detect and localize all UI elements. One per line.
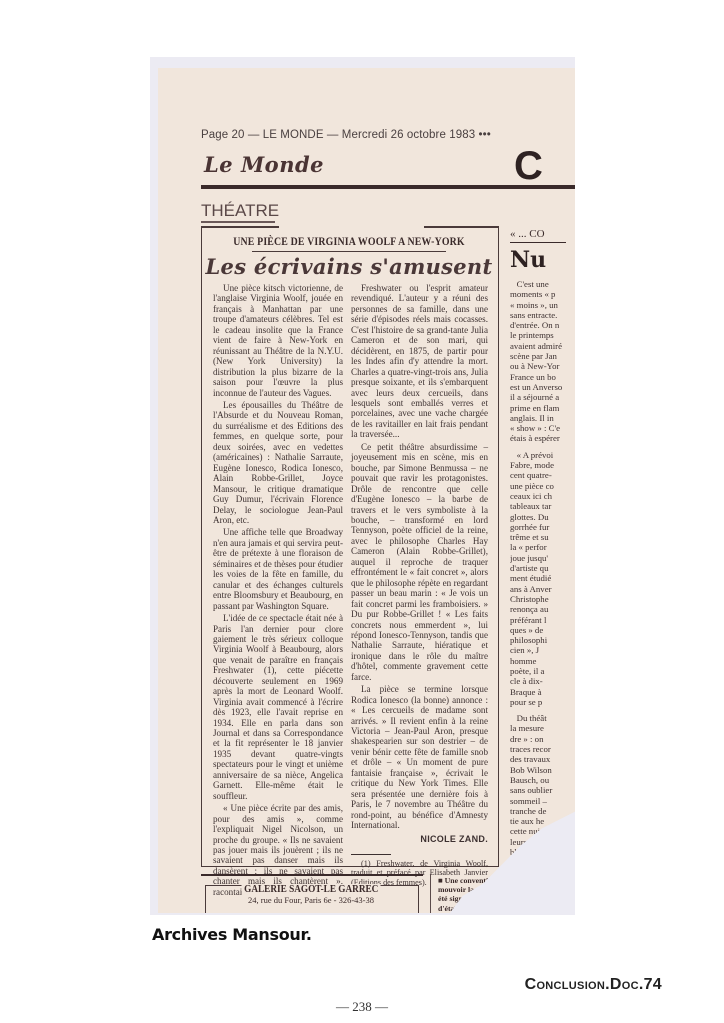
advertisement-address: 24, rue du Four, Paris 6e - 326-43-38 bbox=[205, 895, 417, 905]
paragraph: L'idée de ce spectacle était née à Paris… bbox=[213, 613, 343, 801]
figure-caption: Archives Mansour. bbox=[152, 925, 312, 944]
adjacent-masthead-fragment: C bbox=[514, 146, 543, 186]
footnote-rule bbox=[351, 854, 391, 855]
section-underline bbox=[201, 221, 275, 223]
paragraph: Freshwater ou l'esprit amateur revendiqu… bbox=[351, 283, 488, 440]
advertisement-title: GALERIE SAGOT-LE GARREC bbox=[241, 884, 380, 895]
article-headline: Les écrivains s'amusent bbox=[201, 254, 497, 279]
adjacent-kicker: « ... CO bbox=[510, 228, 566, 243]
document-reference: Conclusion.Doc.74 bbox=[525, 976, 662, 994]
paragraph: La pièce se termine lorsque Rodica Iones… bbox=[351, 684, 488, 830]
article-column-2: Freshwater ou l'esprit amateur revendiqu… bbox=[351, 283, 488, 889]
kicker-underline bbox=[252, 251, 446, 252]
masthead-logo: Le Monde bbox=[204, 152, 324, 177]
paragraph: Une affiche telle que Broadway n'en aura… bbox=[213, 527, 343, 611]
adjacent-headline: Nu bbox=[510, 247, 576, 273]
author-signature: NICOLE ZAND. bbox=[351, 834, 488, 844]
frame-top-right bbox=[424, 226, 499, 228]
section-title: THÉATRE bbox=[201, 201, 279, 221]
paragraph: Une pièce kitsch victorienne, de l'angla… bbox=[213, 283, 343, 398]
page-number: — 238 — bbox=[0, 999, 724, 1015]
bottom-rule bbox=[201, 874, 423, 876]
frame-top-left bbox=[201, 226, 279, 228]
newspaper-clipping: Page 20 — LE MONDE — Mercredi 26 octobre… bbox=[158, 68, 575, 913]
adjacent-paragraph: C'est unemoments « p« moins », unsans en… bbox=[510, 279, 576, 444]
article-column-1: Une pièce kitsch victorienne, de l'angla… bbox=[213, 283, 343, 899]
paragraph: Ce petit théâtre absurdissime – joyeusem… bbox=[351, 442, 488, 682]
column-divider bbox=[430, 874, 431, 914]
page-header-line: Page 20 — LE MONDE — Mercredi 26 octobre… bbox=[201, 129, 491, 141]
article-kicker: UNE PIÈCE DE VIRGINIA WOOLF A NEW-YORK bbox=[228, 234, 471, 249]
adjacent-paragraph: « A prévoiFabre, modecent quatre-une piè… bbox=[510, 450, 576, 707]
paragraph: Les épousailles du Théâtre de l'Absurde … bbox=[213, 400, 343, 525]
masthead-rule bbox=[201, 185, 575, 189]
